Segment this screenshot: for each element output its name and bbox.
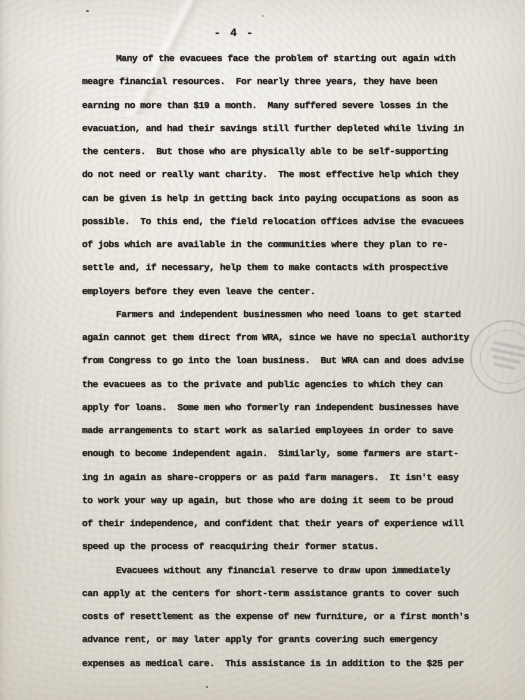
text-line: Evacuees without any financial reserve t…	[82, 559, 492, 582]
text-line: earning no more than $19 a month. Many s…	[82, 94, 492, 117]
paragraph: Evacuees without any financial reserve t…	[82, 559, 492, 675]
text-line: the evacuees as to the private and publi…	[82, 373, 492, 396]
text-line: made arrangements to start work as salar…	[82, 419, 492, 442]
text-line: advance rent, or may later apply for gra…	[82, 628, 492, 651]
text-line: evacuation, and had their savings still …	[82, 117, 492, 140]
scanned-document-page: - 4 - Many of the evacuees face the prob…	[0, 0, 525, 700]
text-line: employers before they even leave the cen…	[82, 280, 492, 303]
text-line: of their independence, and confident tha…	[82, 512, 492, 535]
text-line: Many of the evacuees face the problem of…	[82, 47, 492, 70]
text-line: do not need or really want charity. The …	[82, 163, 492, 186]
text-line: to work your way up again, but those who…	[82, 489, 492, 512]
text-line: enough to become independent again. Simi…	[82, 442, 492, 465]
text-line: meagre financial resources. For nearly t…	[82, 70, 492, 93]
text-line: of jobs which are available in the commu…	[82, 233, 492, 256]
text-line: apply for loans. Some men who formerly r…	[82, 396, 492, 419]
text-line: settle and, if necessary, help them to m…	[82, 256, 492, 279]
text-line: Farmers and independent businessmen who …	[82, 303, 492, 326]
page-number: - 4 -	[214, 28, 255, 40]
paper-speck	[86, 10, 89, 12]
paper-speck	[262, 15, 264, 17]
text-block: Many of the evacuees face the problem of…	[82, 47, 492, 675]
text-line: again cannot get them direct from WRA, s…	[82, 326, 492, 349]
text-line: can be given is help in getting back int…	[82, 187, 492, 210]
text-line: the centers. But those who are physicall…	[82, 140, 492, 163]
paper-speck	[206, 686, 208, 688]
paragraph: Farmers and independent businessmen who …	[82, 303, 492, 559]
text-line: from Congress to go into the loan busine…	[82, 349, 492, 372]
text-line: can apply at the centers for short-term …	[82, 582, 492, 605]
paragraph: Many of the evacuees face the problem of…	[82, 47, 492, 303]
text-line: costs of resettlement as the expense of …	[82, 605, 492, 628]
text-line: ing in again as share-croppers or as pai…	[82, 466, 492, 489]
text-line: possible. To this end, the field relocat…	[82, 210, 492, 233]
text-line: expenses as medical care. This assistanc…	[82, 652, 492, 675]
text-line: speed up the process of reacquiring thei…	[82, 535, 492, 558]
